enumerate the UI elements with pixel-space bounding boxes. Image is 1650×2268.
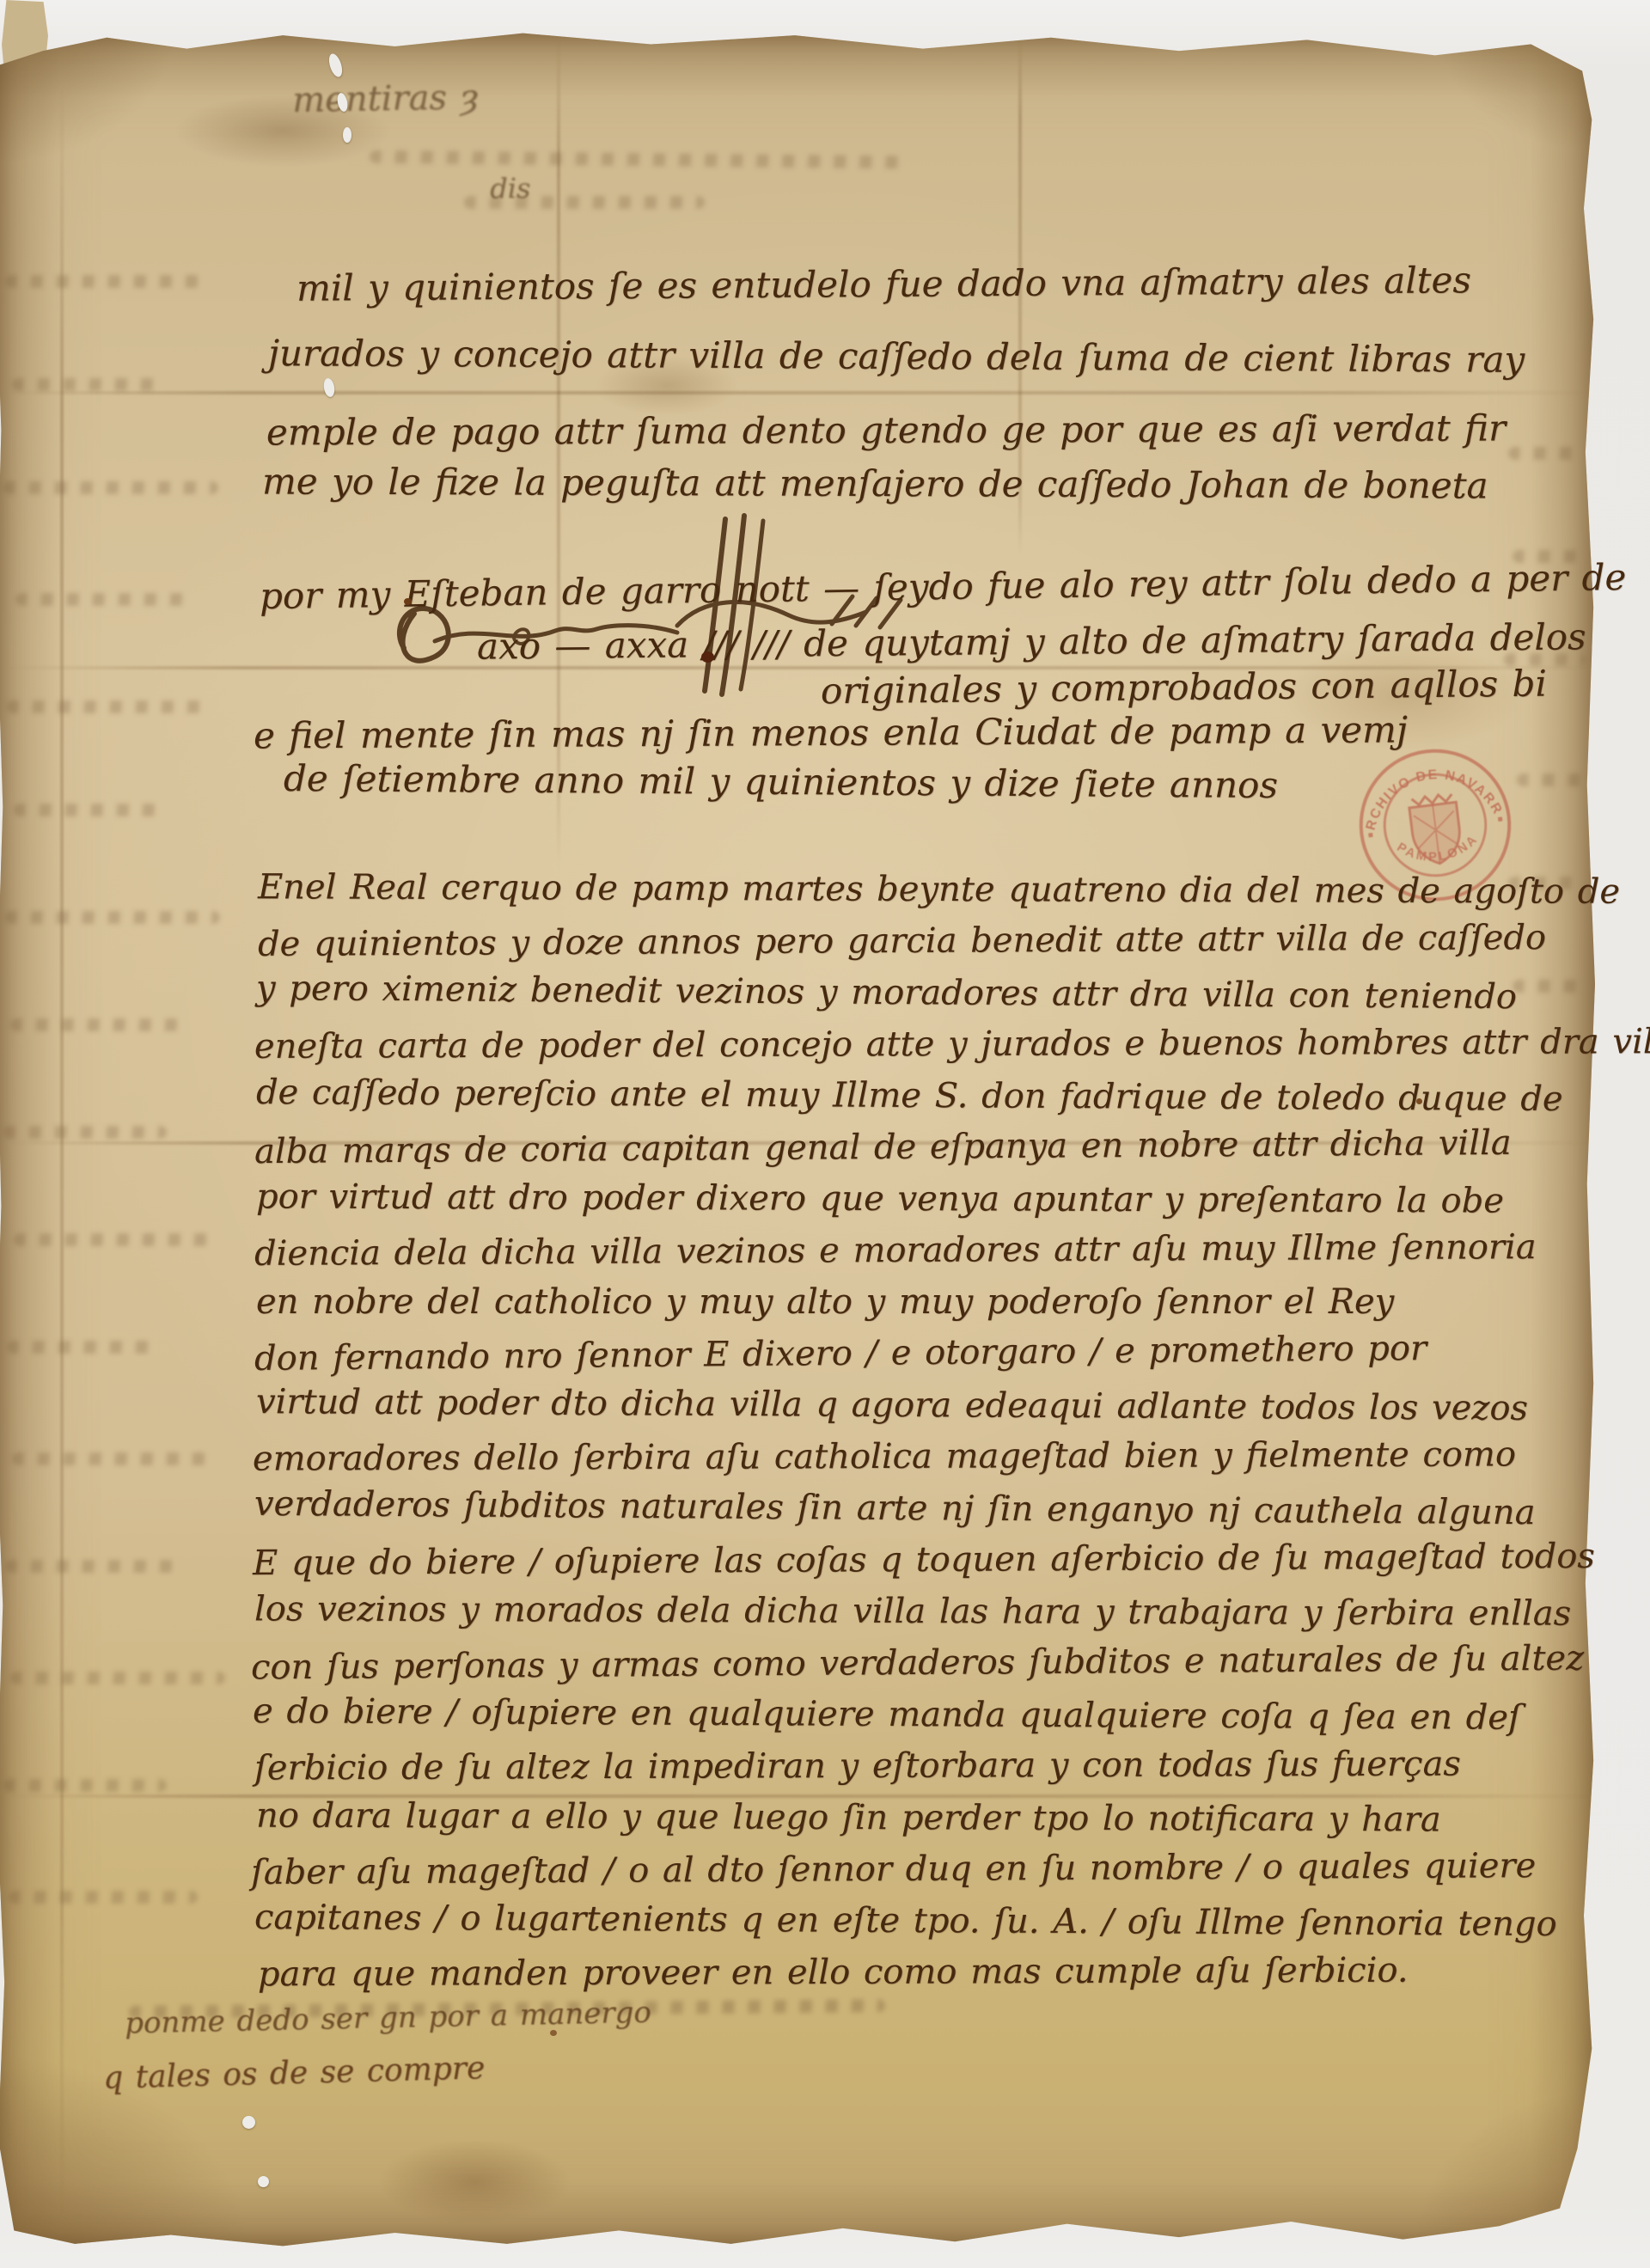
ink-blot [550, 2030, 557, 2036]
faded-annotation: mentiras ȝ [292, 77, 479, 120]
faded-annotation: dis [490, 172, 530, 205]
bleedthrough-mark [7, 1341, 162, 1354]
ink-blot [404, 598, 412, 605]
notarial-rubric-flourish [385, 512, 935, 710]
scan-background: { "page": { "background_color": "#ecebe8… [0, 0, 1650, 2268]
paper-hole [258, 2176, 269, 2187]
manuscript-line: diencia dela dicha villa vezinos e morad… [254, 1227, 1537, 1274]
manuscript-line: jurados y concejo attr villa de caſſedo … [268, 332, 1525, 381]
manuscript-line: capitanes / o lugartenients q en eſte tp… [254, 1898, 1557, 1944]
bleedthrough-mark [3, 1126, 167, 1139]
ink-blot [1416, 1098, 1422, 1104]
bleedthrough-mark [5, 275, 203, 288]
manuscript-line: E que do biere / oſupiere las coſas q to… [253, 1537, 1595, 1583]
bleedthrough-mark [1512, 980, 1586, 993]
manuscript-line: para que manden proveer en ello como mas… [258, 1951, 1409, 1995]
manuscript-line: ſaber aſu mageſtad / o al dto ſennor duq… [251, 1846, 1537, 1892]
bleedthrough-mark [1517, 773, 1586, 786]
bleedthrough-mark [14, 1233, 220, 1246]
bleedthrough-mark [10, 1672, 225, 1684]
ink-blot [701, 651, 714, 663]
manuscript-line: en nobre del catholico y muy alto y muy … [256, 1282, 1394, 1322]
fold-crease [9, 391, 1590, 394]
bleedthrough-mark [5, 911, 220, 924]
bleedthrough-mark [12, 378, 167, 391]
manuscript-line: los vezinos y morados dela dicha villa l… [254, 1589, 1571, 1633]
bleedthrough-mark [3, 481, 218, 494]
bleedthrough-mark [15, 593, 187, 606]
manuscript-line: emple de pago attr ſuma dento gtendo ge … [266, 407, 1506, 453]
bleedthrough-mark [14, 804, 160, 816]
bleedthrough-mark [5, 1560, 177, 1573]
manuscript-line: de ſetiembre anno mil y quinientos y diz… [284, 757, 1278, 806]
bleedthrough-mark [3, 1779, 167, 1792]
manuscript-line: eneſta carta de poder del concejo atte y… [254, 1022, 1650, 1067]
manuscript-line: Enel Real cerquo de pamp martes beynte q… [258, 867, 1620, 912]
manuscript-line: no dara lugar a ello y que luego ſin per… [256, 1796, 1441, 1840]
bleedthrough-mark [9, 1891, 198, 1904]
bleedthrough-mark [10, 1018, 191, 1031]
manuscript-line: mil y quinientos ſe es entudelo fue dado… [296, 259, 1471, 309]
manuscript-line: de quinientos y doze annos pero garcia b… [258, 918, 1546, 964]
paper-hole [343, 127, 351, 143]
manuscript-line: virtud att poder dto dicha villa q agora… [256, 1382, 1528, 1428]
manuscript-line: emoradores dello ſerbira aſu catholica m… [253, 1434, 1516, 1478]
manuscript-line: e fiel mente ſin mas nj ſin menos enla C… [254, 708, 1408, 756]
manuscript-line: por virtud att dro poder dixero que veny… [256, 1177, 1504, 1220]
manuscript-line: e do biere / oſupiere en qualquiere mand… [253, 1691, 1521, 1738]
bleedthrough-mark [7, 700, 213, 713]
paper-hole [242, 2116, 255, 2129]
bleedthrough-mark [1508, 447, 1586, 460]
manuscript-line: ſerbicio de ſu altez la impediran y eſto… [254, 1745, 1461, 1788]
bleedthrough-mark [12, 1452, 210, 1465]
manuscript-line: de caſſedo pereſcio ante el muy Illme S.… [256, 1073, 1563, 1119]
manuscript-line: me yo le fize la peguſta att menſajero d… [262, 461, 1488, 507]
